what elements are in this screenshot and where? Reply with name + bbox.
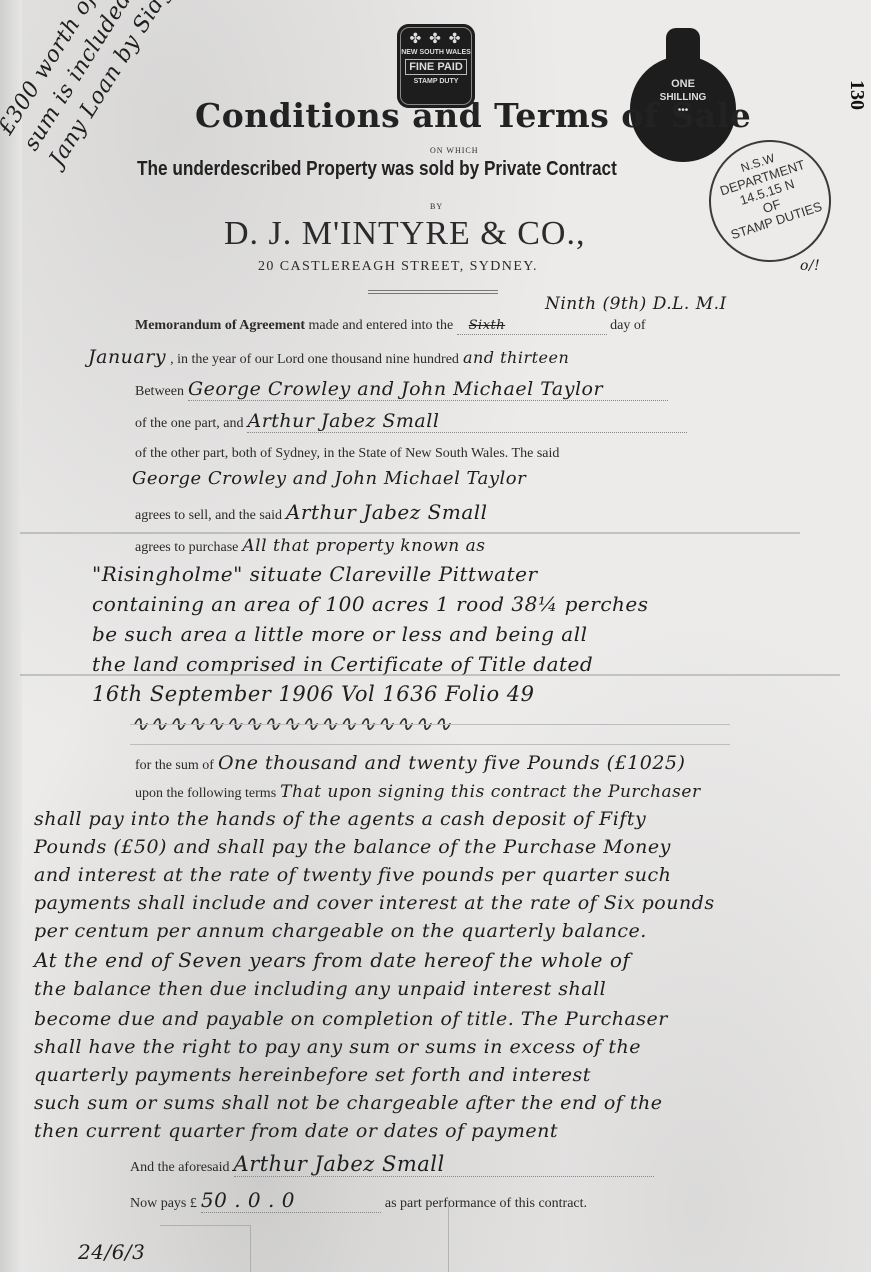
side-number: 130 [845,80,868,110]
day-of-label: day of [610,318,645,333]
aforesaid-label: And the aforesaid [130,1160,230,1175]
fold-crease [448,1200,449,1272]
document-subtitle: The underdescribed Property was sold by … [137,158,617,181]
terms-line: At the end of Seven years from date here… [34,948,630,972]
one-part-line: of the one part, and Arthur Jabez Small [135,410,687,433]
document-title: Conditions and Terms of Sale [195,96,751,135]
terms-line: payments shall include and cover interes… [34,892,715,914]
payment-line: Now pays £ 50 . 0 . 0 as part performanc… [130,1188,587,1213]
ruled-line [130,724,730,725]
property-line: 16th September 1906 Vol 1636 Folio 49 [92,682,535,706]
corner-mark: o/! [800,258,820,274]
sum-line: for the sum of One thousand and twenty f… [135,752,685,774]
document-page: £300 worth of land sum is included in Ja… [0,0,871,1272]
one-part-label: of the one part, and [135,416,243,431]
by-label: BY [430,202,443,211]
memo-line: Memorandum of Agreement made and entered… [135,318,646,335]
terms-handwritten: That upon signing this contract the Purc… [280,782,700,802]
firm-name: D. J. M'INTYRE & CO., [224,215,585,253]
year-handwritten: and thirteen [463,348,569,367]
other-part-text: of the other part, both of Sydney, in th… [135,446,559,462]
aforesaid-name: Arthur Jabez Small [234,1152,654,1177]
ruled-line [130,744,730,745]
terms-line: quarterly payments hereinbefore set fort… [34,1064,591,1086]
purchaser-handwritten: Arthur Jabez Small [247,410,687,433]
stamp-state: NEW SOUTH WALES [397,49,475,56]
day-handwritten: Ninth (9th) D.L. M.I [545,294,727,314]
terms-line: shall have the right to pay any sum or s… [34,1036,641,1058]
firm-address: 20 CASTLEREAGH STREET, SYDNEY. [258,259,538,275]
property-line: be such area a little more or less and b… [92,622,588,646]
vendors-repeat: George Crowley and John Michael Taylor [132,468,526,489]
agrees-purchase-line: agrees to purchase All that property kno… [135,536,486,556]
sum-handwritten: One thousand and twenty five Pounds (£10… [218,752,686,774]
terms-line: per centum per annum chargeable on the q… [34,920,647,942]
terms-line: Pounds (£50) and shall pay the balance o… [34,836,671,858]
margin-note: £300 worth of land sum is included in Ja… [0,0,260,173]
performance-text: as part performance of this contract. [385,1196,587,1211]
torn-fold [160,1225,251,1272]
stamp-value: ONE [630,78,736,90]
terms-line: shall pay into the hands of the agents a… [34,808,646,830]
on-which-label: ON WHICH [430,146,479,155]
stamp-footer: STAMP DUTY [397,78,475,85]
agrees-sell-line: agrees to sell, and the said Arthur Jabe… [135,500,488,524]
now-pays-amount: 50 . 0 . 0 [201,1188,381,1213]
property-line: the land comprised in Certificate of Tit… [92,652,593,676]
now-pays-label: Now pays £ [130,1196,197,1211]
agrees-purchase-label: agrees to purchase [135,540,238,555]
between-label: Between [135,384,184,399]
terms-line: the balance then due including any unpai… [34,978,606,1000]
terms-label: upon the following terms [135,786,276,801]
agrees-sell-label: agrees to sell, and the said [135,508,282,523]
fold-line [20,532,800,534]
property-line: "Risingholme" situate Clareville Pittwat… [92,562,538,586]
year-text: , in the year of our Lord one thousand n… [170,352,459,367]
one-shilling-stamp: ONE SHILLING ••• [630,28,736,158]
aforesaid-line: And the aforesaid Arthur Jabez Small [130,1152,654,1177]
memo-text: made and entered into the [309,318,454,333]
header-divider [368,290,498,294]
terms-line: upon the following terms That upon signi… [135,782,701,802]
terms-line: then current quarter from date or dates … [34,1120,558,1142]
terms-line: such sum or sums shall not be chargeable… [34,1092,662,1114]
terms-line: become due and payable on completion of … [34,1008,668,1030]
between-line: Between George Crowley and John Michael … [135,378,668,401]
day-field: Sixth [457,318,607,335]
fold-line [20,674,840,676]
month-handwritten: January [88,346,166,368]
crest-icon: ✤ ✤ ✤ [397,30,475,47]
property-line: containing an area of 100 acres 1 rood 3… [92,592,649,616]
year-line: January , in the year of our Lord one th… [88,346,569,368]
sum-label: for the sum of [135,758,214,773]
scan-edge [0,0,22,1272]
memo-label: Memorandum of Agreement [135,318,305,333]
stamp-label: FINE PAID [405,59,467,75]
vendors-handwritten: George Crowley and John Michael Taylor [188,378,668,401]
purchaser-repeat: Arthur Jabez Small [286,500,488,524]
bottom-note: 24/6/3 [78,1240,145,1264]
day-struck: Sixth [457,318,506,333]
terms-line: and interest at the rate of twenty five … [34,864,671,886]
property-line: All that property known as [242,536,485,556]
